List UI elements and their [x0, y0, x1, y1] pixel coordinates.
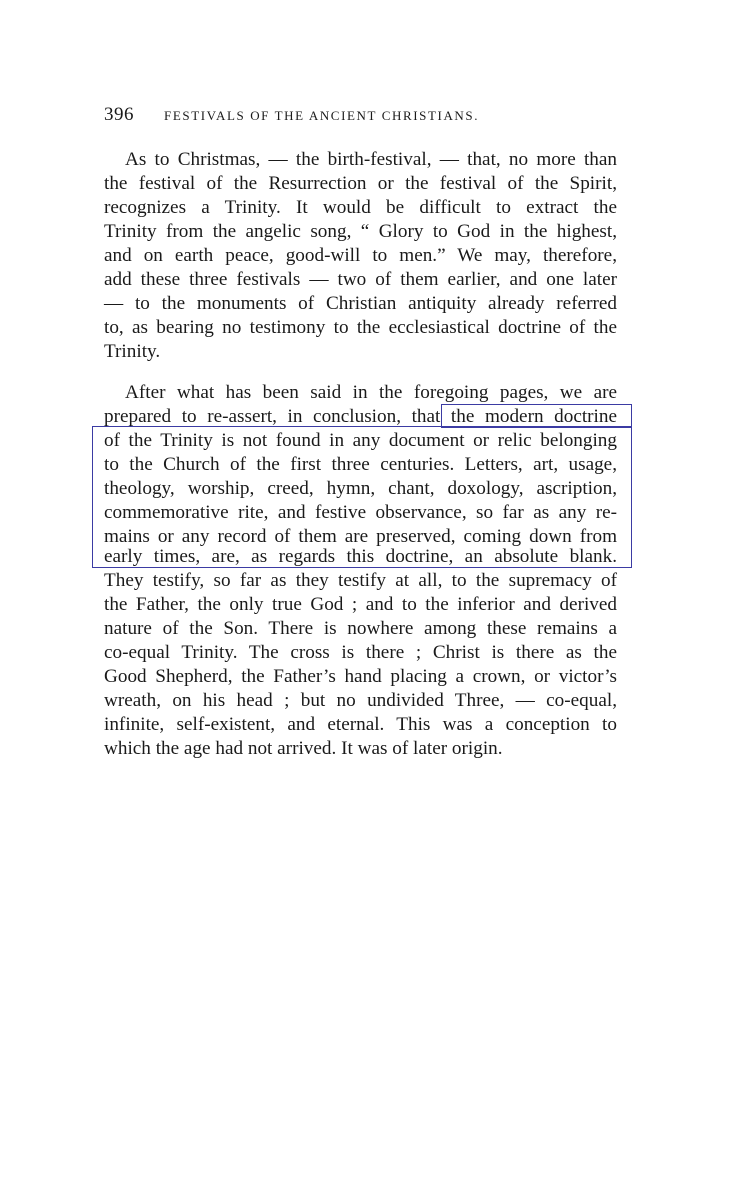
running-head: 396 FESTIVALS OF THE ANCIENT CHRISTIANS. [104, 104, 619, 128]
text-line: wreath, on his head ; but no undivided T… [104, 689, 617, 713]
text-line: theology, worship, creed, hymn, chant, d… [104, 477, 617, 501]
text-line: of the Trinity is not found in any docum… [104, 429, 617, 453]
text-line: After what has been said in the foregoin… [125, 381, 617, 405]
text-line: As to Christmas, — the birth-festival, —… [125, 148, 617, 172]
text-line: early times, are, as regards this doctri… [104, 545, 617, 569]
text-line: and on earth peace, good-will to men.” W… [104, 244, 617, 268]
text-line: infinite, self-existent, and eternal. Th… [104, 713, 617, 737]
text-line: to the Church of the first three centuri… [104, 453, 617, 477]
text-line: Good Shepherd, the Father’s hand placing… [104, 665, 617, 689]
book-page: 396 FESTIVALS OF THE ANCIENT CHRISTIANS.… [0, 0, 750, 1200]
text-line: co-equal Trinity. The cross is there ; C… [104, 641, 617, 665]
text-line: the Father, the only true God ; and to t… [104, 593, 617, 617]
text-line: nature of the Son. There is nowhere amon… [104, 617, 617, 641]
text-line: the festival of the Resurrection or the … [104, 172, 617, 196]
text-line: add these three festivals — two of them … [104, 268, 617, 292]
text-line: prepared to re-assert, in conclusion, th… [104, 405, 617, 429]
text-line: recognizes a Trinity. It would be diffic… [104, 196, 617, 220]
text-line: which the age had not arrived. It was of… [104, 737, 617, 761]
page-number: 396 [104, 104, 134, 126]
text-line: to, as bearing no testimony to the eccle… [104, 316, 617, 340]
text-line: commemorative rite, and festive observan… [104, 501, 617, 525]
text-line: Trinity. [104, 340, 617, 364]
running-title: FESTIVALS OF THE ANCIENT CHRISTIANS. [164, 108, 479, 124]
text-line: They testify, so far as they testify at … [104, 569, 617, 593]
text-line: Trinity from the angelic song, “ Glory t… [104, 220, 617, 244]
text-line: — to the monuments of Christian antiquit… [104, 292, 617, 316]
